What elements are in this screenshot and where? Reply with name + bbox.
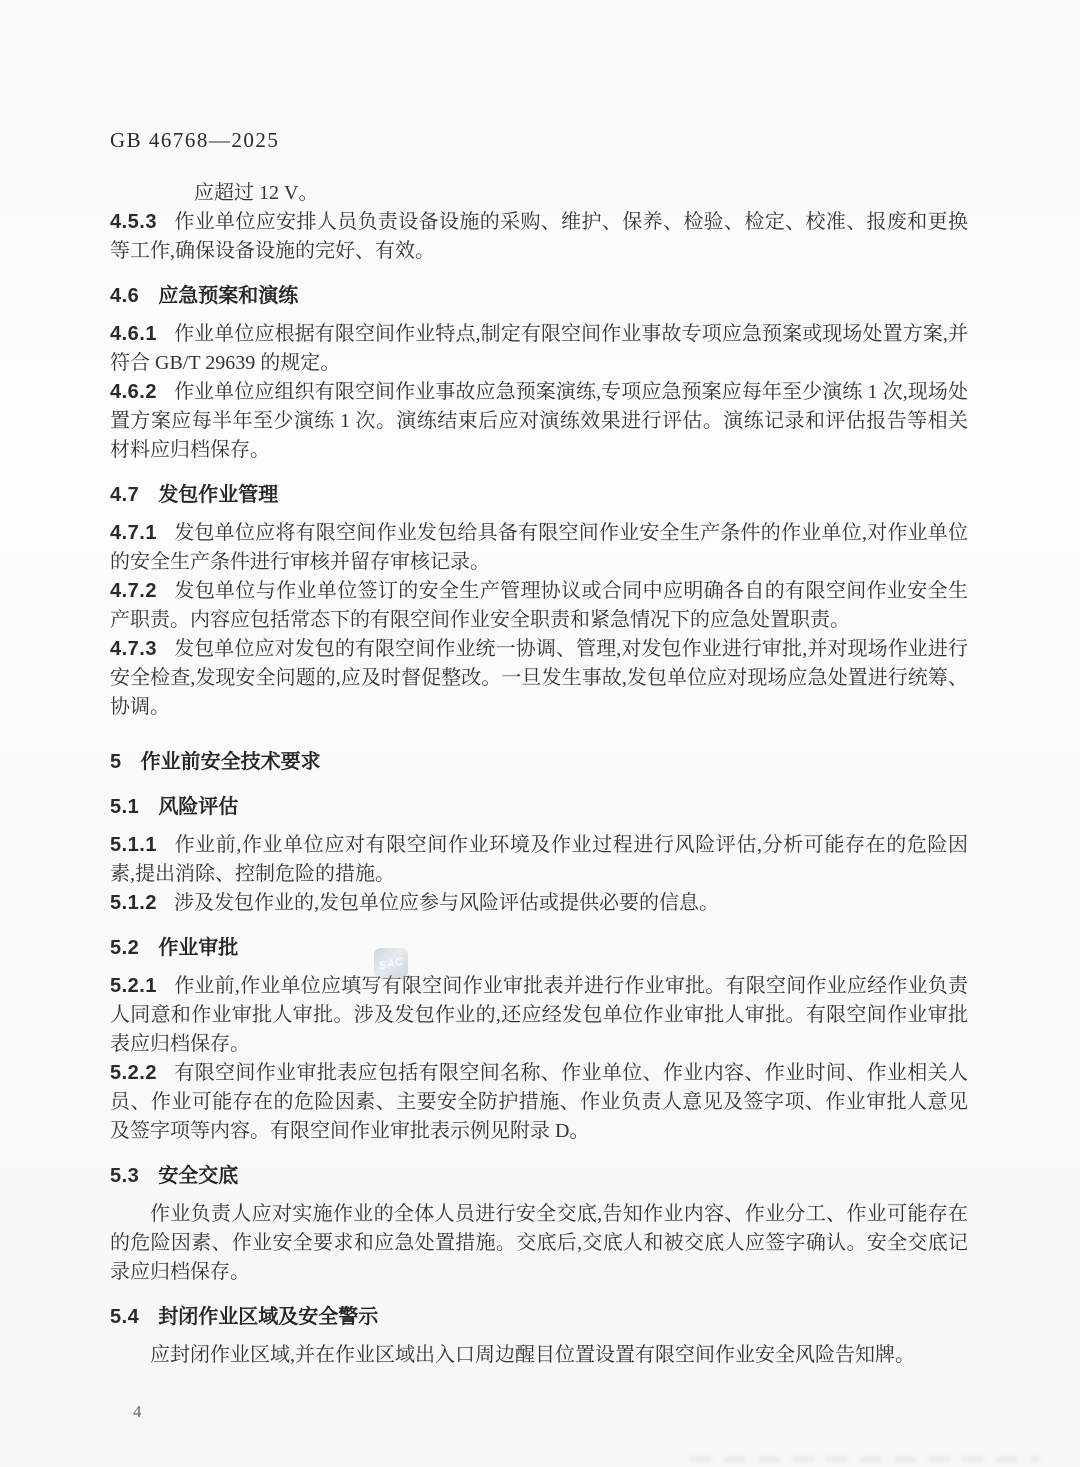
section-number: 5.2: [110, 937, 139, 959]
section-number: 4.6: [110, 285, 139, 307]
clause-text: 作业单位应安排人员负责设备设施的采购、维护、保养、检验、检定、校准、报废和更换等…: [110, 211, 968, 262]
clause-number: 4.6.1: [110, 323, 157, 345]
body-paragraph: 应封闭作业区域,并在作业区域出入口周边醒目位置设置有限空间作业安全风险告知牌。: [110, 1341, 968, 1370]
clause-5.1.2: 5.1.2涉及发包作业的,发包单位应参与风险评估或提供必要的信息。: [110, 889, 968, 918]
clause-text: 作业前,作业单位应对有限空间作业环境及作业过程进行风险评估,分析可能存在的危险因…: [110, 834, 968, 885]
clause-4.7.1: 4.7.1发包单位应将有限空间作业发包给具备有限空间作业安全生产条件的作业单位,…: [110, 519, 968, 577]
clause-text: 作业单位应根据有限空间作业特点,制定有限空间作业事故专项应急预案或现场处置方案,…: [110, 323, 968, 374]
clause-text: 有限空间作业审批表应包括有限空间名称、作业单位、作业内容、作业时间、作业相关人员…: [110, 1062, 968, 1142]
section-number: 5.3: [110, 1165, 139, 1187]
clause-4.7.3: 4.7.3发包单位应对发包的有限空间作业统一协调、管理,对发包作业进行审批,并对…: [110, 635, 968, 722]
section-heading-5.3: 5.3安全交底: [110, 1162, 968, 1191]
clause-5.2.1: 5.2.1作业前,作业单位应填写有限空间作业审批表并进行作业审批。有限空间作业应…: [110, 972, 968, 1059]
clause-number: 5.2.1: [110, 975, 157, 997]
clause-number: 4.6.2: [110, 381, 157, 403]
body-paragraph: 作业负责人应对实施作业的全体人员进行安全交底,告知作业内容、作业分工、作业可能存…: [110, 1200, 968, 1287]
section-heading-4.6: 4.6应急预案和演练: [110, 282, 968, 311]
section-title: 作业前安全技术要求: [141, 751, 321, 773]
section-number: 5.1: [110, 796, 139, 818]
section-title: 风险评估: [158, 796, 238, 818]
clause-5.2.2: 5.2.2有限空间作业审批表应包括有限空间名称、作业单位、作业内容、作业时间、作…: [110, 1059, 968, 1146]
section-title: 作业审批: [158, 937, 238, 959]
clause-number: 4.7.1: [110, 522, 157, 544]
section-title: 应急预案和演练: [158, 285, 298, 307]
section-number: 5.4: [110, 1306, 139, 1328]
clause-text: 作业前,作业单位应填写有限空间作业审批表并进行作业审批。有限空间作业应经作业负责…: [110, 975, 968, 1055]
section-title: 发包作业管理: [158, 484, 278, 506]
clause-text: 发包单位应将有限空间作业发包给具备有限空间作业安全生产条件的作业单位,对作业单位…: [110, 522, 968, 573]
section-number: 4.7: [110, 484, 139, 506]
continuation-line: 应超过 12 V。: [110, 179, 968, 208]
clause-5.1.1: 5.1.1作业前,作业单位应对有限空间作业环境及作业过程进行风险评估,分析可能存…: [110, 831, 968, 889]
clause-text: 发包单位应对发包的有限空间作业统一协调、管理,对发包作业进行审批,并对现场作业进…: [110, 638, 968, 718]
section-heading-5.2: 5.2作业审批: [110, 934, 968, 963]
standard-number: GB 46768—2025: [110, 128, 279, 153]
section-heading-4.7: 4.7发包作业管理: [110, 481, 968, 510]
clause-number: 4.5.3: [110, 211, 157, 233]
document-body: 应超过 12 V。4.5.3作业单位应安排人员负责设备设施的采购、维护、保养、检…: [110, 179, 968, 1370]
clause-number: 5.2.2: [110, 1062, 157, 1084]
scan-artifact: [690, 1456, 1040, 1463]
section-title: 封闭作业区域及安全警示: [158, 1306, 378, 1328]
clause-number: 5.1.1: [110, 834, 157, 856]
clause-text: 作业单位应组织有限空间作业事故应急预案演练,专项应急预案应每年至少演练 1 次,…: [110, 381, 968, 461]
clause-4.5.3: 4.5.3作业单位应安排人员负责设备设施的采购、维护、保养、检验、检定、校准、报…: [110, 208, 968, 266]
clause-4.7.2: 4.7.2发包单位与作业单位签订的安全生产管理协议或合同中应明确各自的有限空间作…: [110, 577, 968, 635]
clause-number: 5.1.2: [110, 892, 157, 914]
scanned-standard-page: { "page": { "header": "GB 46768—2025", "…: [0, 0, 1080, 1467]
section-number: 5: [110, 751, 122, 773]
section-heading-5.4: 5.4封闭作业区域及安全警示: [110, 1303, 968, 1332]
page-number: 4: [133, 1402, 142, 1422]
clause-4.6.2: 4.6.2作业单位应组织有限空间作业事故应急预案演练,专项应急预案应每年至少演练…: [110, 378, 968, 465]
clause-text: 涉及发包作业的,发包单位应参与风险评估或提供必要的信息。: [174, 892, 719, 914]
clause-number: 4.7.3: [110, 638, 157, 660]
clause-4.6.1: 4.6.1作业单位应根据有限空间作业特点,制定有限空间作业事故专项应急预案或现场…: [110, 320, 968, 378]
clause-text: 发包单位与作业单位签订的安全生产管理协议或合同中应明确各自的有限空间作业安全生产…: [110, 580, 968, 631]
section-heading-5.1: 5.1风险评估: [110, 793, 968, 822]
section-heading-5: 5作业前安全技术要求: [110, 748, 968, 777]
clause-number: 4.7.2: [110, 580, 157, 602]
section-title: 安全交底: [158, 1165, 238, 1187]
